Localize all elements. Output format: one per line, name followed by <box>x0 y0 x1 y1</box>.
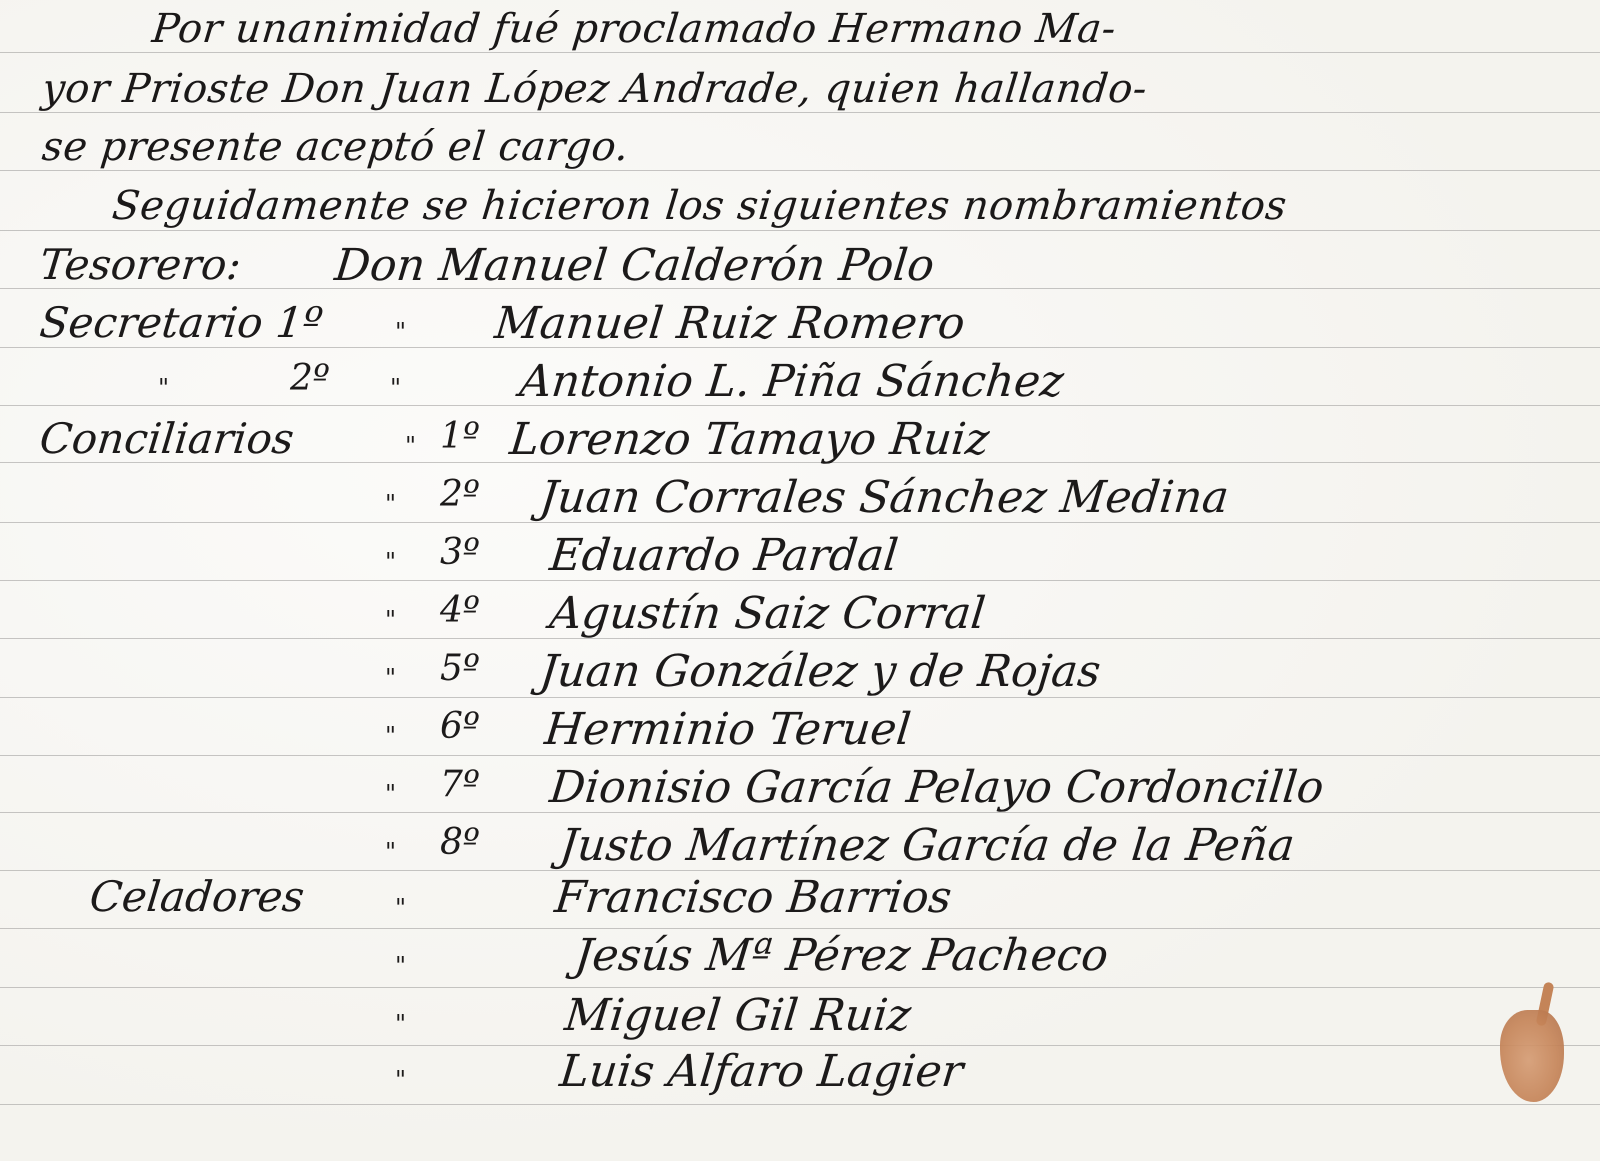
ditto-mark: " <box>395 894 406 922</box>
appointee-name: Dionisio García Pelayo Cordoncillo <box>547 762 1326 813</box>
ordinal: 8º <box>440 822 480 863</box>
appointee-name: Eduardo Pardal <box>547 530 900 581</box>
ditto-mark: " <box>385 780 396 808</box>
ditto-mark: " <box>385 490 396 518</box>
paragraph-line: yor Prioste Don Juan López Andrade, quie… <box>40 66 1149 112</box>
appointee-name: Juan Corrales Sánchez Medina <box>537 472 1231 523</box>
appointment-label: Conciliarios <box>37 414 296 463</box>
ruled-line <box>0 987 1600 988</box>
ditto-mark: " <box>405 432 416 460</box>
ordinal: 7º <box>440 764 480 805</box>
ditto-mark: " <box>390 374 401 402</box>
ditto-mark: " <box>385 664 396 692</box>
ditto-mark: " <box>395 952 406 980</box>
stain-mark <box>1500 1010 1564 1102</box>
ordinal: 3º <box>440 532 480 573</box>
appointee-name: Jesús Mª Pérez Pacheco <box>572 930 1110 981</box>
ruled-line <box>0 1104 1600 1105</box>
ditto-mark: " <box>395 1066 406 1094</box>
ruled-line <box>0 697 1600 698</box>
ruled-line <box>0 170 1600 171</box>
ruled-line <box>0 755 1600 756</box>
ruled-line <box>0 230 1600 231</box>
appointee-name: Herminio Teruel <box>542 704 913 755</box>
ditto-mark: " <box>395 1010 406 1038</box>
ordinal: 4º <box>440 590 480 631</box>
ditto-mark: " <box>385 722 396 750</box>
appointee-name: Luis Alfaro Lagier <box>557 1046 965 1097</box>
appointee-name: Antonio L. Piña Sánchez <box>517 356 1066 407</box>
appointment-label: Celadores <box>87 872 306 921</box>
ditto-mark: " <box>395 318 406 346</box>
appointee-name: Francisco Barrios <box>552 872 954 923</box>
appointee-name: Lorenzo Tamayo Ruiz <box>507 414 991 465</box>
ordinal: 2º <box>290 358 330 399</box>
appointee-name: Agustín Saiz Corral <box>547 588 987 639</box>
paragraph-line: Seguidamente se hicieron los siguientes … <box>110 183 1289 229</box>
appointment-label: Tesorero: <box>37 240 243 289</box>
appointee-name: Don Manuel Calderón Polo <box>332 240 936 291</box>
ditto-mark: " <box>385 838 396 866</box>
manuscript-page: Por unanimidad fué proclamado Hermano Ma… <box>0 0 1600 1161</box>
ordinal: 5º <box>440 648 480 689</box>
paragraph-line: Por unanimidad fué proclamado Hermano Ma… <box>150 6 1118 52</box>
ordinal: 1º <box>440 416 480 457</box>
ordinal: 6º <box>440 706 480 747</box>
ordinal: 2º <box>440 474 480 515</box>
appointee-name: Justo Martínez García de la Peña <box>557 820 1297 871</box>
ditto-mark: " <box>158 374 169 402</box>
ruled-line <box>0 52 1600 53</box>
appointee-name: Miguel Gil Ruiz <box>562 990 913 1041</box>
appointee-name: Manuel Ruiz Romero <box>492 298 967 349</box>
ruled-line <box>0 928 1600 929</box>
ruled-line <box>0 112 1600 113</box>
appointment-label: Secretario 1º <box>37 298 325 347</box>
ditto-mark: " <box>385 606 396 634</box>
paragraph-line: se presente aceptó el cargo. <box>40 124 631 170</box>
ditto-mark: " <box>385 548 396 576</box>
appointee-name: Juan González y de Rojas <box>537 646 1103 697</box>
